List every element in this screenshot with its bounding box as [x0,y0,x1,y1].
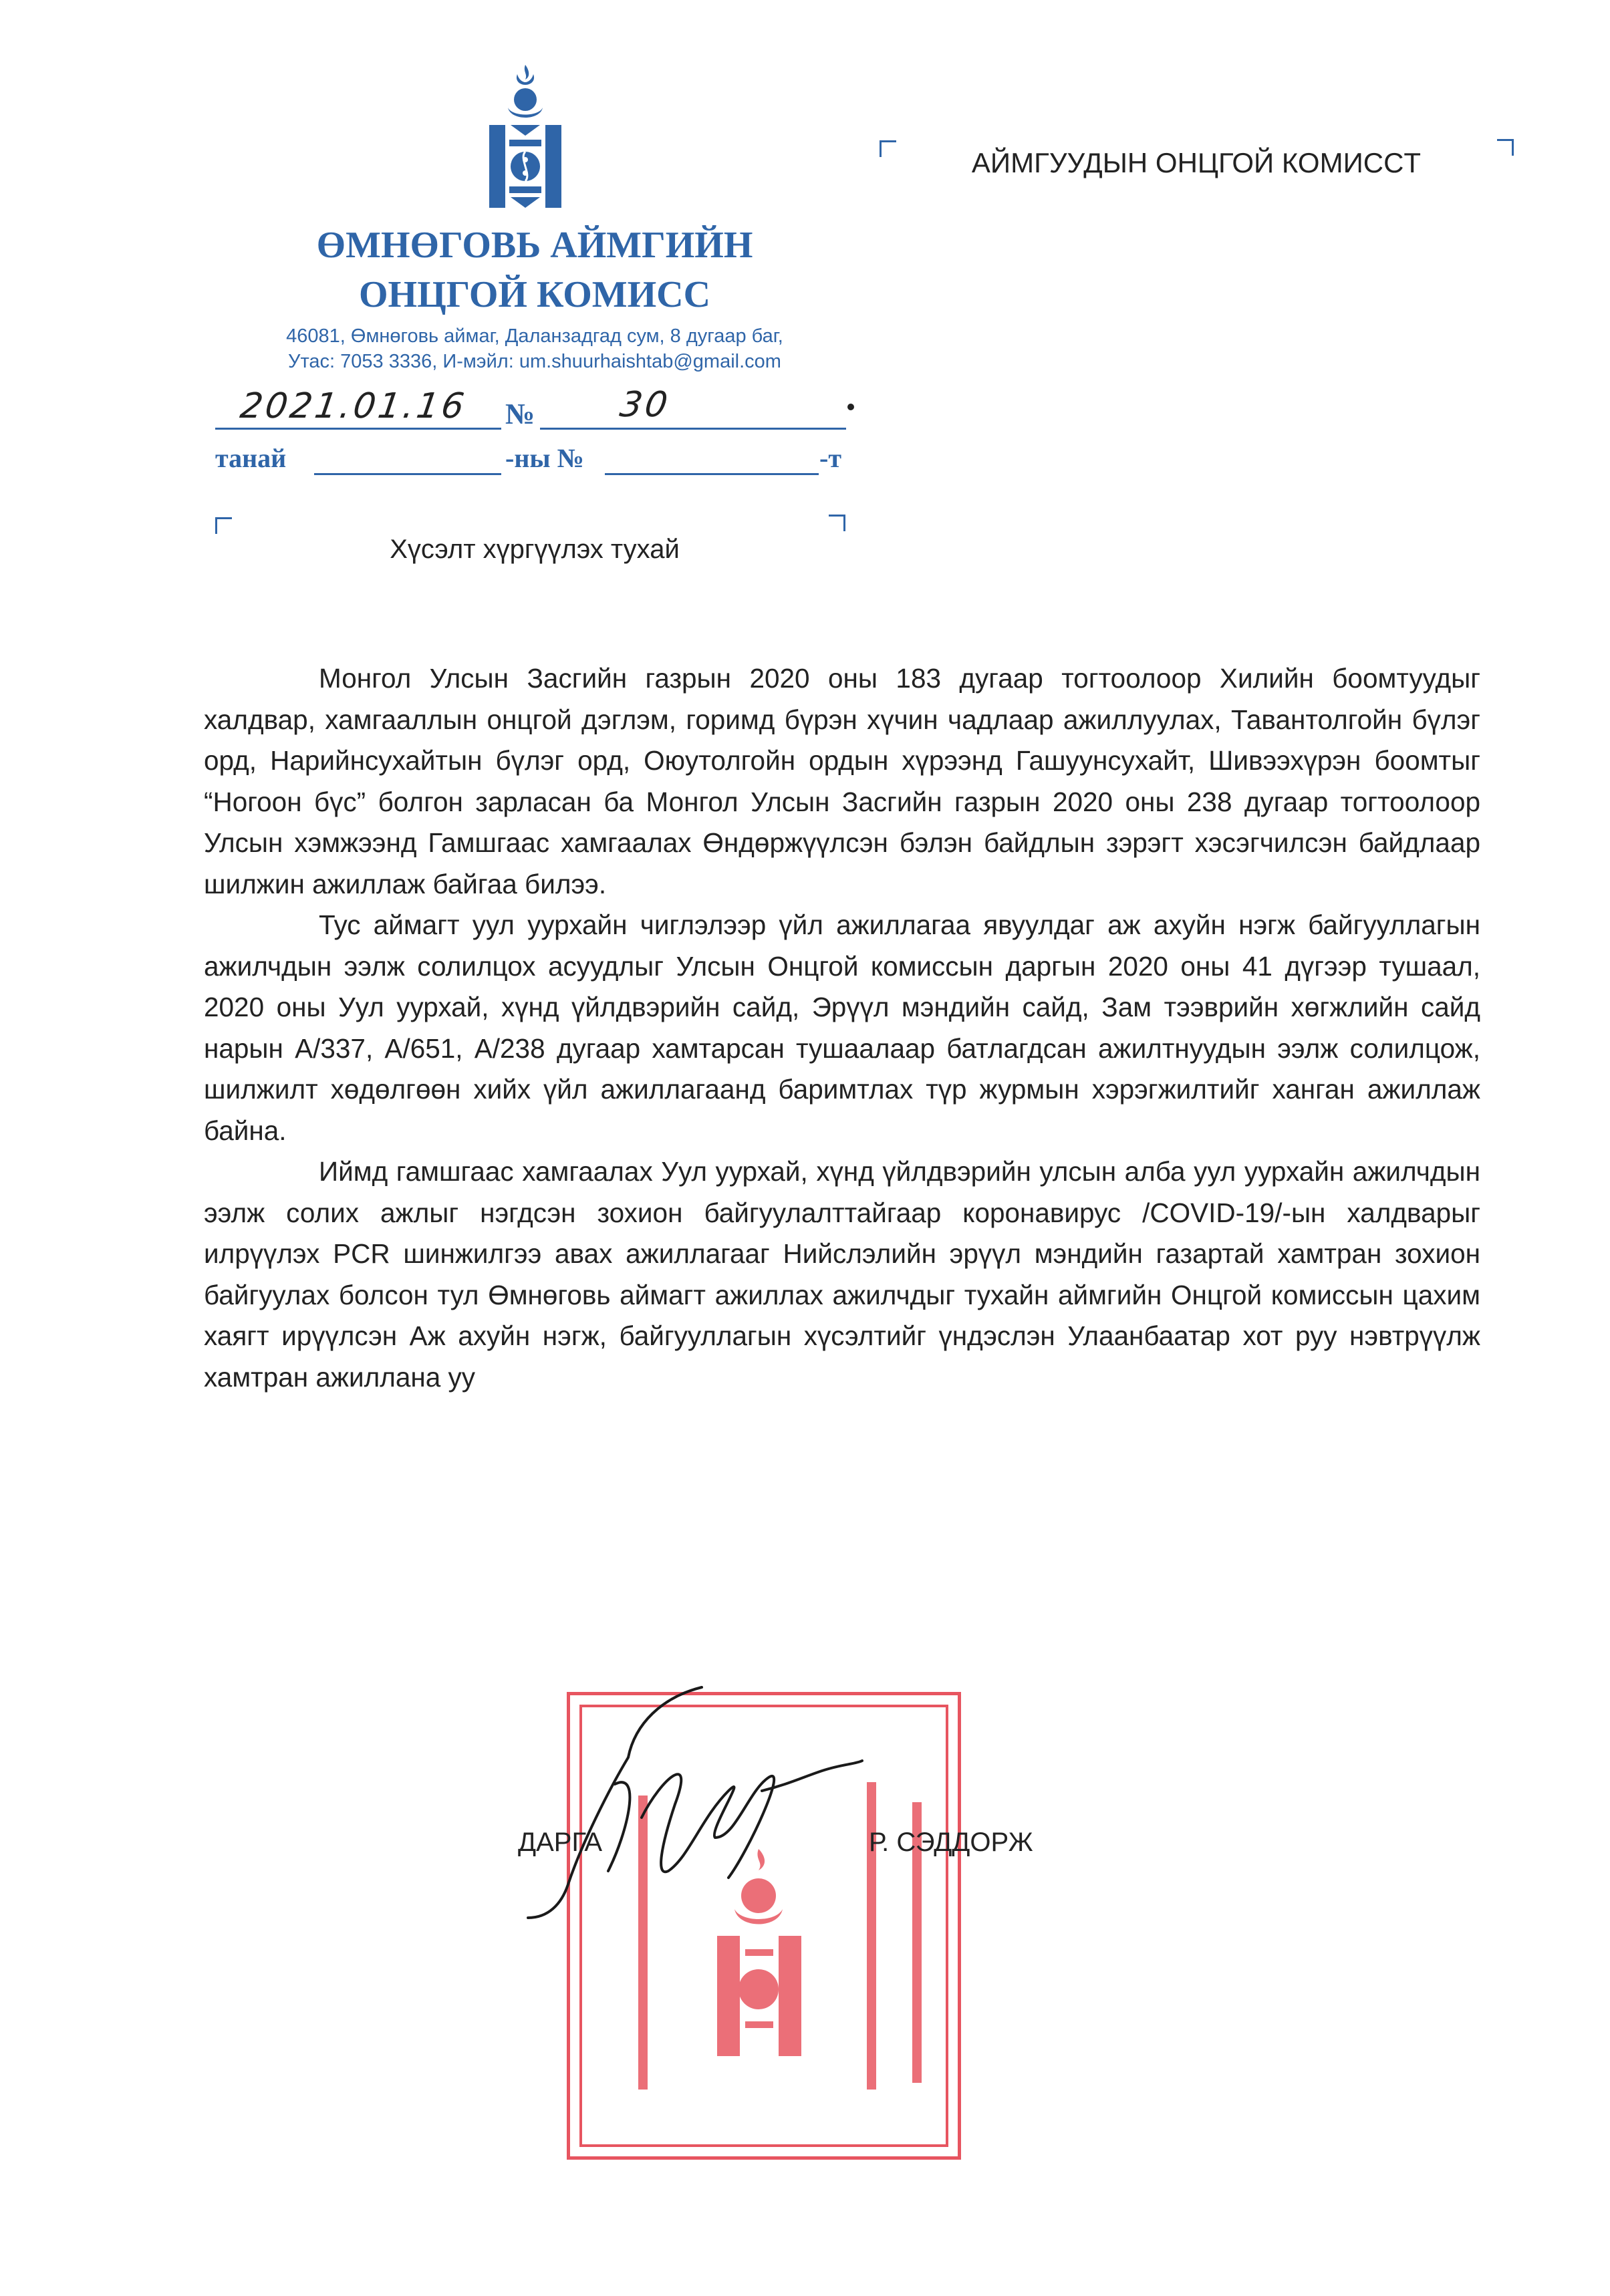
subject-line: Хүсэлт хүргүүлэх тухай [200,535,869,565]
letter-number: 30 [618,385,673,425]
letter-body: Монгол Улсын Засгийн газрын 2020 оны 183… [204,658,1480,1398]
number-label: № [505,397,535,431]
org-address: 46081, Өмнөговь аймаг, Даланзадгад сум, … [200,323,869,374]
subject-bracket-tl [215,517,232,534]
address-line: 46081, Өмнөговь аймаг, Даланзадгад сум, … [200,323,869,349]
handwritten-signature-icon [508,1671,882,1951]
your-date-line-full [314,473,501,475]
date-line [215,428,501,430]
scan-dot [847,404,854,410]
org-name-line1: ӨМНӨГОВЬ АЙМГИЙН [227,221,842,270]
subject-bracket-tr [829,515,845,531]
body-paragraph: Монгол Улсын Засгийн газрын 2020 оны 183… [204,658,1480,905]
body-paragraph: Тус аймагт уул уурхайн чиглэлээр үйл ажи… [204,905,1480,1151]
corner-bracket-tl [880,140,896,157]
soyombo-emblem-icon [488,63,563,210]
signatory-name: Р. СЭДДОРЖ [869,1828,1033,1858]
your-number-label: -ны № [505,442,584,474]
your-ref-label: танай [215,442,286,474]
end-suffix: -т [819,442,841,474]
your-number-line [605,473,819,475]
org-name: ӨМНӨГОВЬ АЙМГИЙН ОНЦГОЙ КОМИСС [227,221,842,319]
letter-date: 2021.01.16 [238,386,469,426]
contact-line: Утас: 7053 3336, И-мэйл: um.shuurhaishta… [200,349,869,374]
body-paragraph: Иймд гамшгаас хамгаалах Уул уурхай, хүнд… [204,1151,1480,1398]
number-line [540,428,846,430]
corner-bracket-tr [1497,139,1514,156]
org-name-line2: ОНЦГОЙ КОМИСС [227,270,842,319]
recipient: АЙМГУУДЫН ОНЦГОЙ КОМИСCТ [896,147,1497,179]
